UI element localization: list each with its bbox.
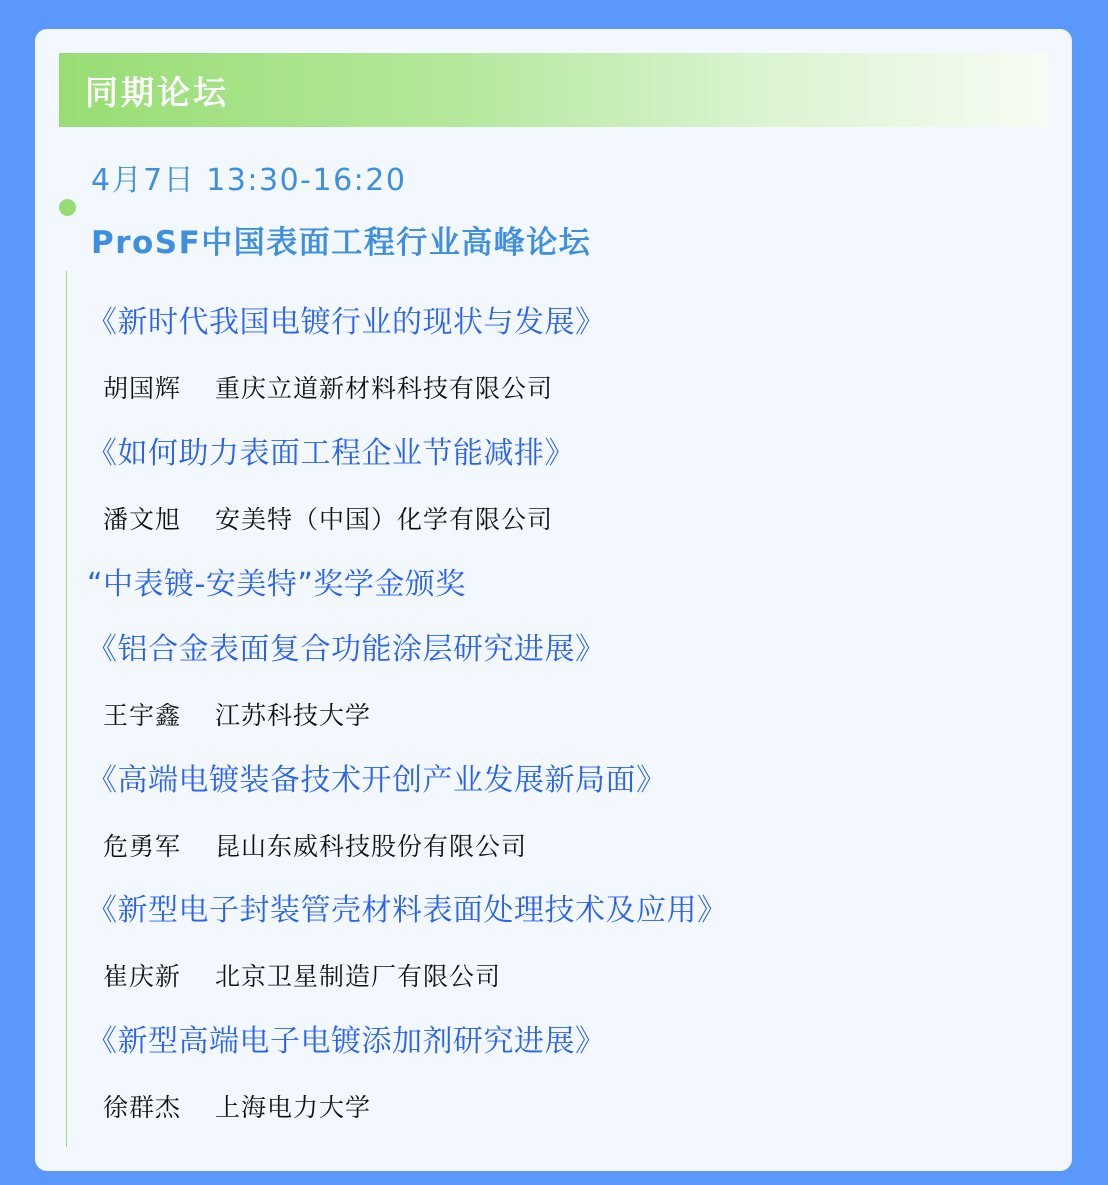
speaker-line: 徐群杰上海电力大学 [103,1088,371,1124]
talk-title: 《新型高端电子电镀添加剂研究进展》 [87,1016,606,1060]
speaker-line: 崔庆新北京卫星制造厂有限公司 [103,957,501,993]
speaker-line: 王宇鑫江苏科技大学 [103,696,371,732]
speaker-org: 安美特（中国）化学有限公司 [215,505,553,534]
forum-title: ProSF中国表面工程行业高峰论坛 [91,217,591,262]
speaker-org: 昆山东威科技股份有限公司 [215,832,527,861]
speaker-name: 危勇军 [103,832,181,861]
speaker-line: 潘文旭安美特（中国）化学有限公司 [103,500,553,536]
section-title: 同期论坛 [85,67,229,114]
speaker-org: 重庆立道新材料科技有限公司 [215,374,553,403]
speaker-line: 胡国辉重庆立道新材料科技有限公司 [103,369,553,405]
award-ceremony: “中表镀-安美特”奖学金颁奖 [87,559,466,603]
speaker-name: 胡国辉 [103,374,181,403]
speaker-name: 徐群杰 [103,1093,181,1122]
talk-title: 《新型电子封装管壳材料表面处理技术及应用》 [87,885,728,929]
speaker-line: 危勇军昆山东威科技股份有限公司 [103,827,527,863]
section-banner: 同期论坛 [59,53,1048,127]
talk-title: 《如何助力表面工程企业节能减排》 [87,428,575,472]
speaker-name: 崔庆新 [103,962,181,991]
speaker-name: 王宇鑫 [103,701,181,730]
speaker-name: 潘文旭 [103,505,181,534]
speaker-org: 北京卫星制造厂有限公司 [215,962,501,991]
talk-title: 《新时代我国电镀行业的现状与发展》 [87,297,606,341]
forum-card: 同期论坛 4月7日 13:30-16:20 ProSF中国表面工程行业高峰论坛 … [35,29,1072,1171]
speaker-org: 江苏科技大学 [215,701,371,730]
talk-title: 《铝合金表面复合功能涂层研究进展》 [87,624,606,668]
timeline-dot-icon [59,199,76,216]
timeline-line [66,271,67,1147]
session-date-time: 4月7日 13:30-16:20 [91,155,406,199]
talk-title: 《高端电镀装备技术开创产业发展新局面》 [87,755,667,799]
speaker-org: 上海电力大学 [215,1093,371,1122]
